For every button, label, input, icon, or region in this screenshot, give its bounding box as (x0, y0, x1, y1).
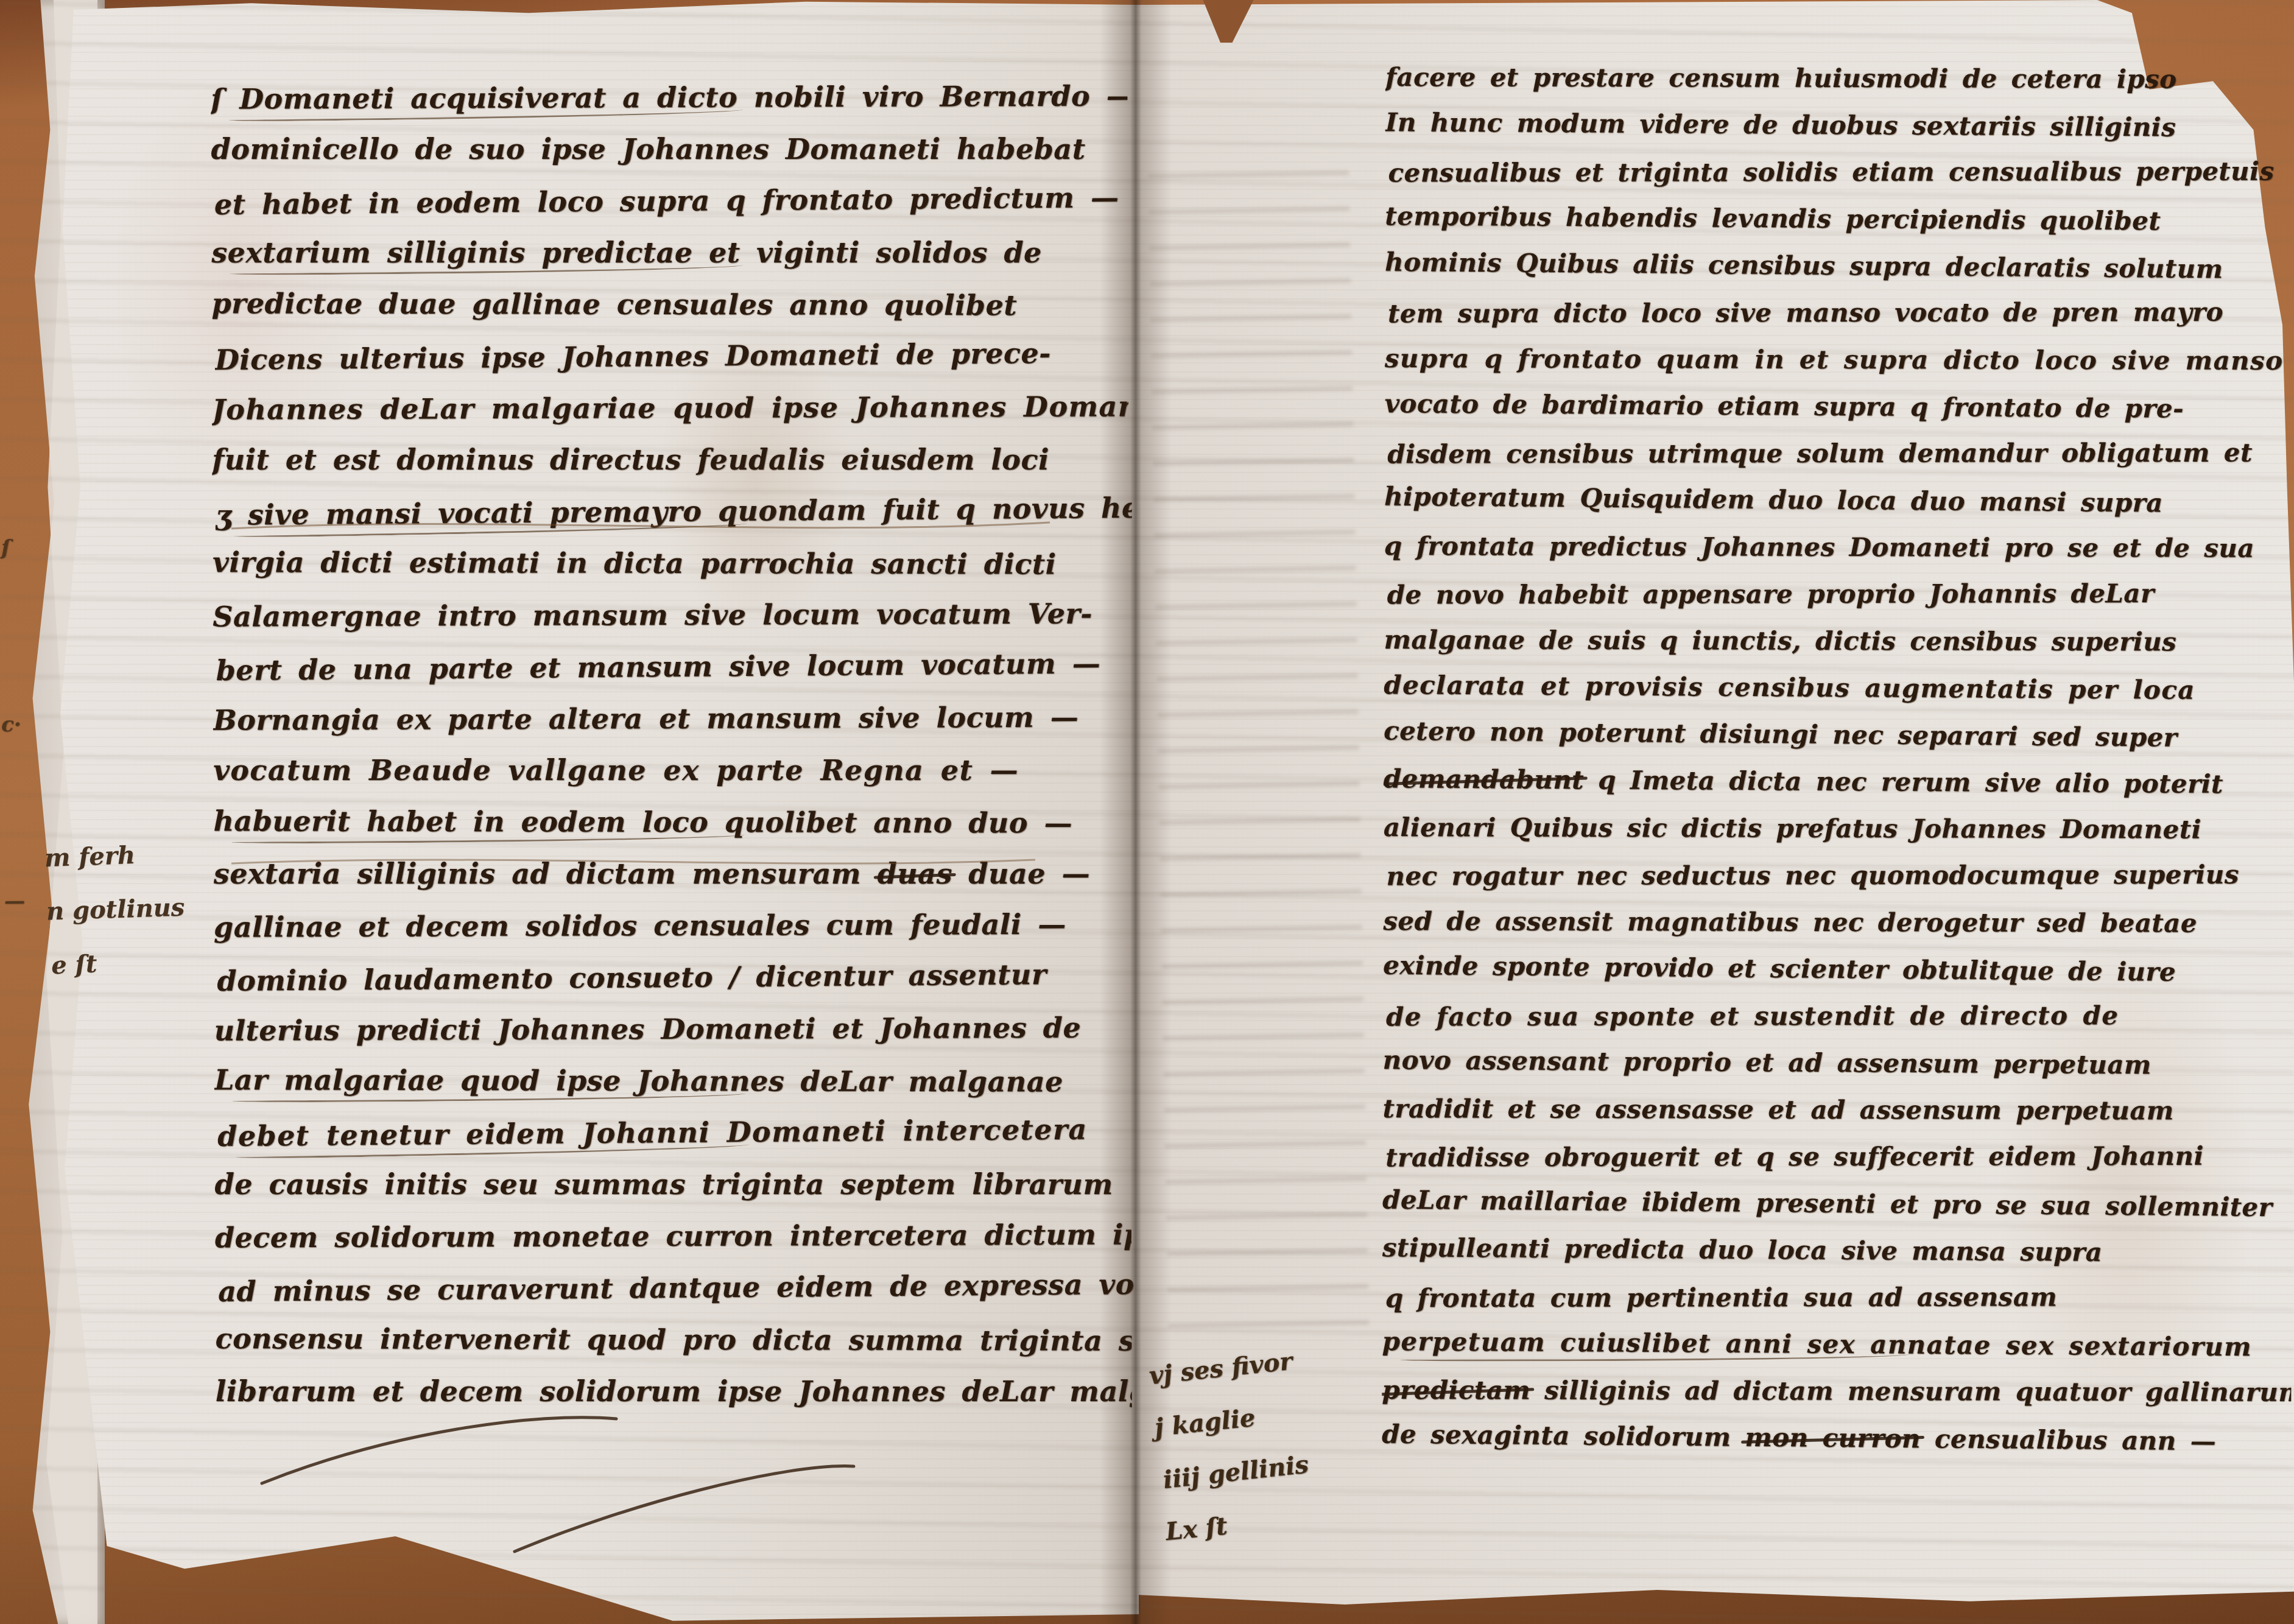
right-text-line: q frontata predictus Johannes Domaneti p… (1384, 522, 2293, 572)
left-text-line: virgia dicti estimati in dicta parrochia… (213, 536, 1129, 591)
right-text-line: vocato de bardimario etiam supra q front… (1384, 380, 2293, 433)
right-text-line: de sexaginta solidorum mon curron censua… (1382, 1411, 2292, 1466)
right-text-line: temporibus habendis levandis percipiendi… (1385, 192, 2294, 245)
edge-fragment: ſ (1, 536, 22, 560)
right-text-line: hipoteratum Quisquidem duo loca duo mans… (1384, 473, 2294, 528)
right-text-line: facere et prestare censum huiusmodi de c… (1385, 54, 2294, 103)
right-text-line: tradidisse obroguerit et q se suffecerit… (1385, 1133, 2294, 1181)
left-text-line: predictae duae gallinae censuales anno q… (211, 278, 1128, 332)
right-text-line: predictam silliginis ad dictam mensuram … (1382, 1366, 2291, 1416)
left-text-line: consensu intervenerit quod pro dicta sum… (215, 1313, 1131, 1367)
edge-fragment: — (4, 889, 25, 913)
right-text-line: tem supra dicto loco sive manso vocato d… (1388, 289, 2294, 337)
right-text-line: cetero non poterunt disiungi nec separar… (1384, 708, 2293, 762)
left-text-line: ſ Domaneti acquisiverat a dicto nobili v… (211, 70, 1127, 125)
struck-word: demandabunt (1384, 764, 1584, 795)
left-text-line: Salamergnae intro mansum sive locum voca… (213, 588, 1129, 642)
right-text-line: novo assensant proprio et ad assensum pe… (1382, 1036, 2292, 1089)
left-text-line: et habet in eodem loco supra q frontato … (214, 172, 1131, 231)
left-text-line: librarum et decem solidorum ipse Johanne… (216, 1366, 1132, 1418)
left-page-text: ſ Domaneti acquisiverat a dicto nobili v… (211, 70, 1132, 1419)
right-text-line: nec rogatur nec seductus nec quomodocumq… (1386, 851, 2294, 900)
right-text-line: de novo habebit appensare proprio Johann… (1387, 570, 2294, 619)
struck-word: duas (877, 857, 952, 890)
left-text-line: Lar malgariae quod ipse Johannes deLar m… (214, 1054, 1131, 1108)
left-margin-note: m ferhn gotlinuse ſt (43, 827, 187, 993)
right-text-line: supra q frontato quam in et supra dicto … (1385, 335, 2294, 384)
right-text-line: hominis Quibus aliis censibus supra decl… (1385, 239, 2294, 294)
right-text-line: perpetuam cuiuslibet anni sex annatae se… (1382, 1318, 2291, 1371)
left-text-line: bert de una parte et mansum sive locum v… (216, 638, 1133, 697)
left-text-line: gallinae et decem solidos censuales cum … (214, 898, 1130, 953)
right-text-line: q frontata cum pertinentia sua ad assens… (1385, 1273, 2294, 1322)
right-text-line: declarata et provisis censibus augmentat… (1384, 661, 2293, 714)
right-text-line: In hunc modum videre de duobus sextariis… (1385, 99, 2294, 152)
right-text-line: tradidit et se assensasse et ad assensum… (1382, 1085, 2292, 1134)
right-text-line: demandabunt q Imeta dicta nec rerum sive… (1384, 755, 2293, 808)
left-text-line: decem solidorum monetae curron intercete… (215, 1209, 1131, 1264)
left-text-line: Dicens ulterius ipse Johannes Domaneti d… (214, 327, 1131, 386)
right-text-line: stipulleanti predicta duo loca sive mans… (1382, 1224, 2292, 1277)
margin-note-line: n gotlinus (46, 881, 186, 938)
left-text-line: Johannes deLar malgariae quod ipse Johan… (212, 381, 1128, 435)
left-text-line: ad minus se curaverunt dantque eidem de … (218, 1259, 1135, 1318)
left-text-line: sextarium silliginis predictae et vigint… (211, 227, 1128, 279)
left-text-line: dominicello de suo ipse Johannes Domanet… (211, 124, 1128, 176)
edge-fragment-marks: ſc·— (1, 536, 22, 1066)
right-text-line: exinde sponte provido et scienter obtuli… (1383, 942, 2293, 997)
struck-word: mon curron (1745, 1422, 1921, 1454)
right-text-line: malganae de suis q iunctis, dictis censi… (1384, 616, 2293, 666)
left-text-line: Bornangia ex parte altera et mansum sive… (213, 691, 1130, 746)
left-text-line: habuerit habet in eodem loco quolibet an… (213, 795, 1130, 849)
right-text-line: sed de assensit magnatibus nec derogetur… (1383, 898, 2292, 947)
margin-note-line: e ſt (50, 933, 191, 993)
left-text-line: sextaria silliginis ad dictam mensuram d… (214, 848, 1130, 901)
right-text-line: disdem censibus utrimque solum demandur … (1387, 429, 2294, 478)
margin-note-line: m ferh (43, 827, 183, 885)
left-text-line: de causis initis seu summas triginta sep… (215, 1159, 1131, 1211)
struck-word: predictam (1382, 1375, 1530, 1405)
right-text-line: de facto sua sponte et sustendit de dire… (1386, 992, 2294, 1041)
right-text-line: deLar maillariae ibidem presenti et pro … (1382, 1176, 2292, 1231)
left-text-line: fuit et est dominus directus feudalis ei… (212, 434, 1128, 487)
right-text-line: censualibus et triginta solidis etiam ce… (1388, 148, 2294, 197)
left-text-line: vocatum Beaude vallgane ex parte Regna e… (213, 745, 1130, 797)
left-text-line: dominio laudamento consueto / dicentur a… (217, 948, 1134, 1007)
gutter-tally-note: vj ses fivorj kaglieiiij gellinisLx ſt (1147, 1335, 1314, 1558)
manuscript-photo: ſ Domaneti acquisiverat a dicto nobili v… (0, 0, 2294, 1624)
left-text-line: debet tenetur eidem Johanni Domaneti int… (217, 1103, 1135, 1162)
right-text-line: alienari Quibus sic dictis prefatus Joha… (1384, 804, 2293, 853)
right-page-text: facere et prestare censum huiusmodi de c… (1382, 54, 2294, 1463)
edge-fragment: c· (1, 712, 22, 737)
left-text-line: ulterius predicti Johannes Domaneti et J… (214, 1002, 1130, 1056)
left-text-line: ʒ sive mansi vocati premayro quondam fui… (215, 482, 1132, 541)
